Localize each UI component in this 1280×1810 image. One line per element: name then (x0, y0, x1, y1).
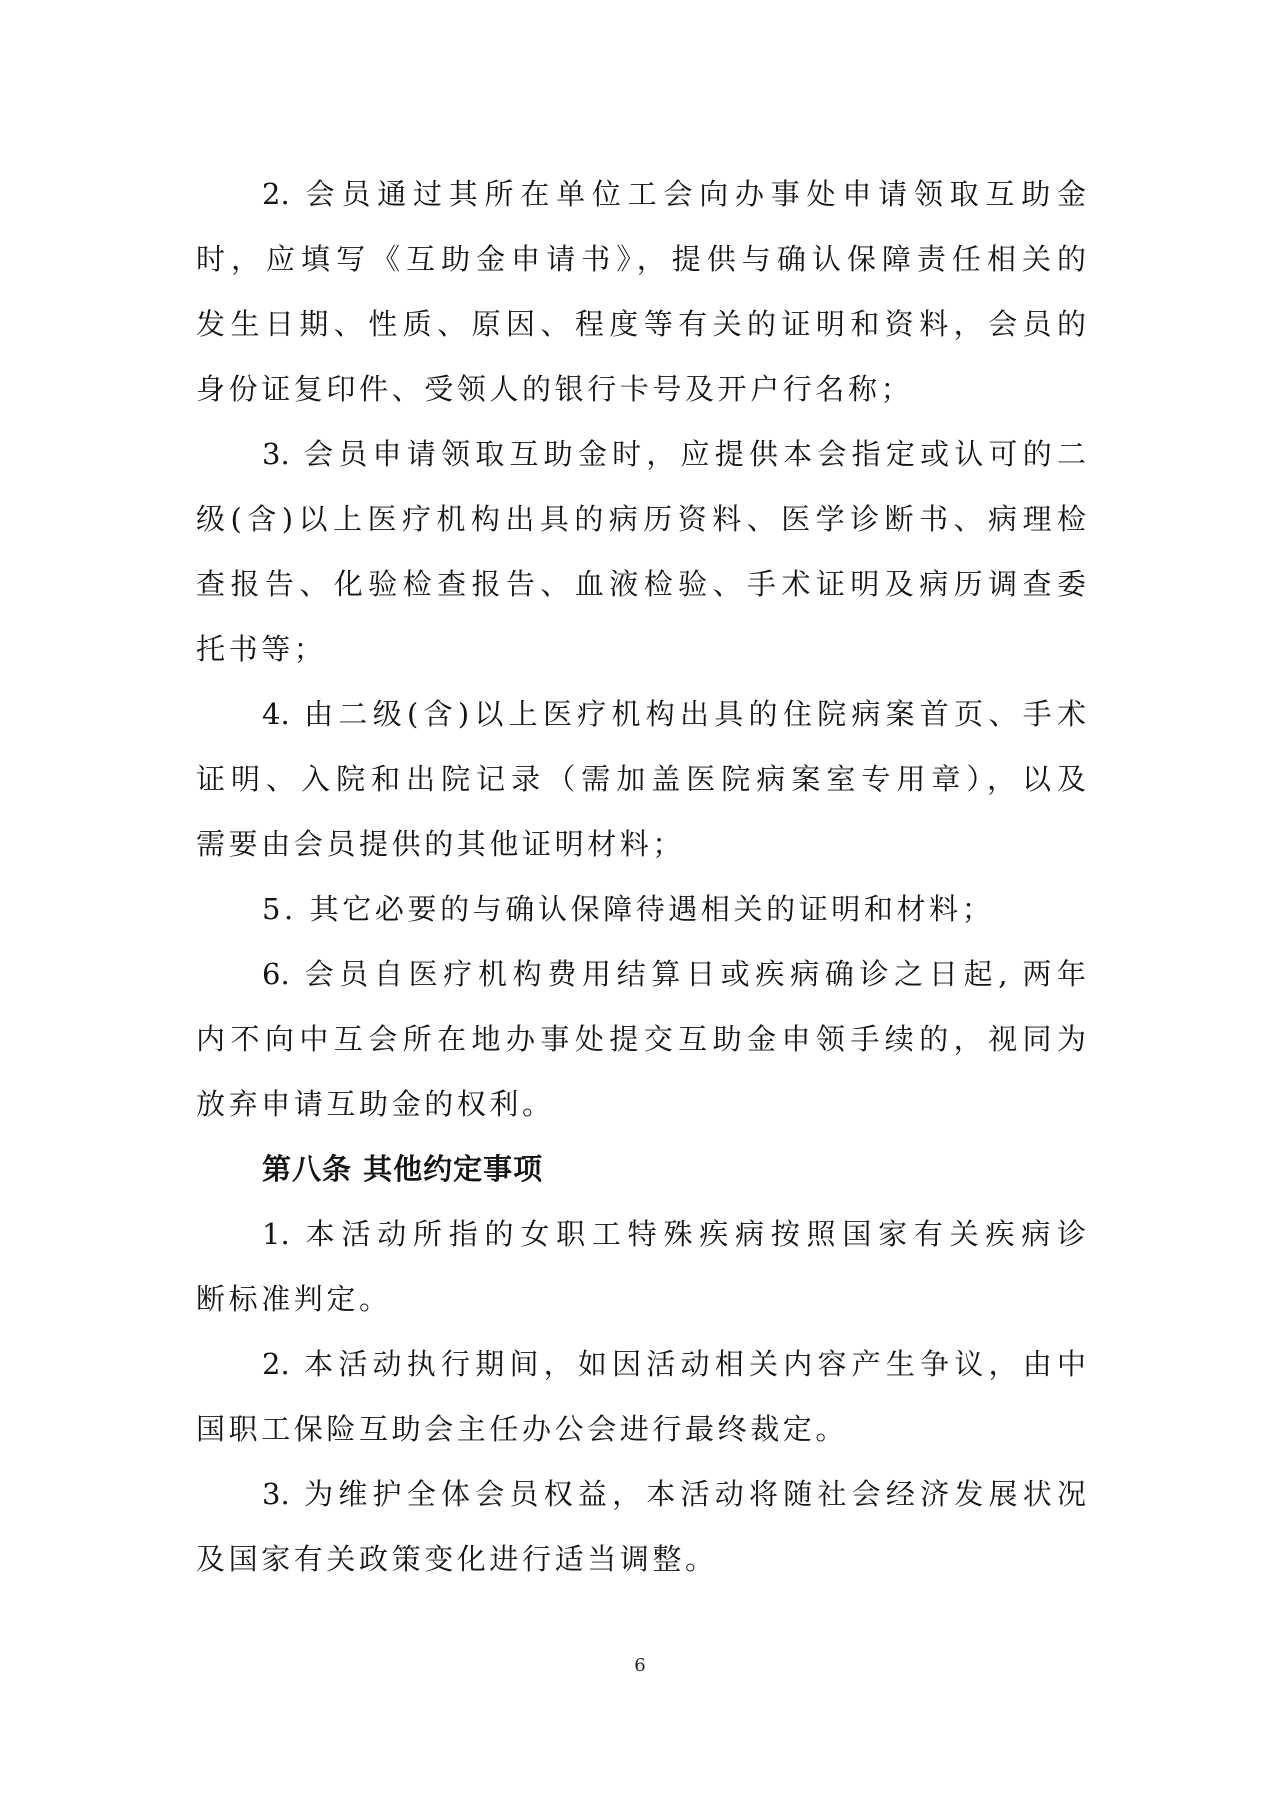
text-line: 内不向中互会所在地办事处提交互助金申领手续的，视同为 (196, 1007, 1086, 1072)
text-line: 时，应填写《互助金申请书》，提供与确认保障责任相关的 (196, 227, 1086, 292)
paragraph-art8-item-2: 2. 本活动执行期间，如因活动相关内容产生争议，由中 国职工保险互助会主任办公会… (196, 1332, 1086, 1462)
paragraph-item-4: 4. 由二级(含)以上医疗机构出具的住院病案首页、手术 证明、入院和出院记录（需… (196, 682, 1086, 877)
text-line: 6. 会员自医疗机构费用结算日或疾病确诊之日起, 两年 (196, 942, 1086, 1007)
text-line: 需要由会员提供的其他证明材料； (196, 812, 1086, 877)
paragraph-art8-item-3: 3. 为维护全体会员权益，本活动将随社会经济发展状况 及国家有关政策变化进行适当… (196, 1462, 1086, 1592)
text-line: 查报告、化验检查报告、血液检验、手术证明及病历调查委 (196, 552, 1086, 617)
section-heading-article-8: 第八条 其他约定事项 (196, 1137, 1086, 1202)
text-line: 3. 为维护全体会员权益，本活动将随社会经济发展状况 (196, 1462, 1086, 1527)
text-line: 身份证复印件、受领人的银行卡号及开户行名称； (196, 357, 1086, 422)
text-line: 2. 本活动执行期间，如因活动相关内容产生争议，由中 (196, 1332, 1086, 1397)
text-line: 及国家有关政策变化进行适当调整。 (196, 1527, 1086, 1592)
text-line: 放弃申请互助金的权利。 (196, 1072, 1086, 1137)
text-line: 级(含)以上医疗机构出具的病历资料、医学诊断书、病理检 (196, 487, 1086, 552)
text-line: 4. 由二级(含)以上医疗机构出具的住院病案首页、手术 (196, 682, 1086, 747)
text-line: 断标准判定。 (196, 1267, 1086, 1332)
text-line: 托书等； (196, 617, 1086, 682)
text-line: 3. 会员申请领取互助金时，应提供本会指定或认可的二 (196, 422, 1086, 487)
text-line: 证明、入院和出院记录（需加盖医院病案室专用章），以及 (196, 747, 1086, 812)
paragraph-item-6: 6. 会员自医疗机构费用结算日或疾病确诊之日起, 两年 内不向中互会所在地办事处… (196, 942, 1086, 1137)
paragraph-item-2: 2. 会员通过其所在单位工会向办事处申请领取互助金 时，应填写《互助金申请书》，… (196, 162, 1086, 422)
page-number: 6 (0, 1655, 1280, 1676)
text-line: 1. 本活动所指的女职工特殊疾病按照国家有关疾病诊 (196, 1202, 1086, 1267)
document-page: 2. 会员通过其所在单位工会向办事处申请领取互助金 时，应填写《互助金申请书》，… (0, 0, 1280, 1810)
text-line: 5. 其它必要的与确认保障待遇相关的证明和材料； (196, 877, 1086, 942)
text-line: 国职工保险互助会主任办公会进行最终裁定。 (196, 1397, 1086, 1462)
paragraph-item-3: 3. 会员申请领取互助金时，应提供本会指定或认可的二 级(含)以上医疗机构出具的… (196, 422, 1086, 682)
text-line: 发生日期、性质、原因、程度等有关的证明和资料，会员的 (196, 292, 1086, 357)
document-body: 2. 会员通过其所在单位工会向办事处申请领取互助金 时，应填写《互助金申请书》，… (196, 162, 1086, 1592)
paragraph-item-5: 5. 其它必要的与确认保障待遇相关的证明和材料； (196, 877, 1086, 942)
paragraph-art8-item-1: 1. 本活动所指的女职工特殊疾病按照国家有关疾病诊 断标准判定。 (196, 1202, 1086, 1332)
text-line: 2. 会员通过其所在单位工会向办事处申请领取互助金 (196, 162, 1086, 227)
